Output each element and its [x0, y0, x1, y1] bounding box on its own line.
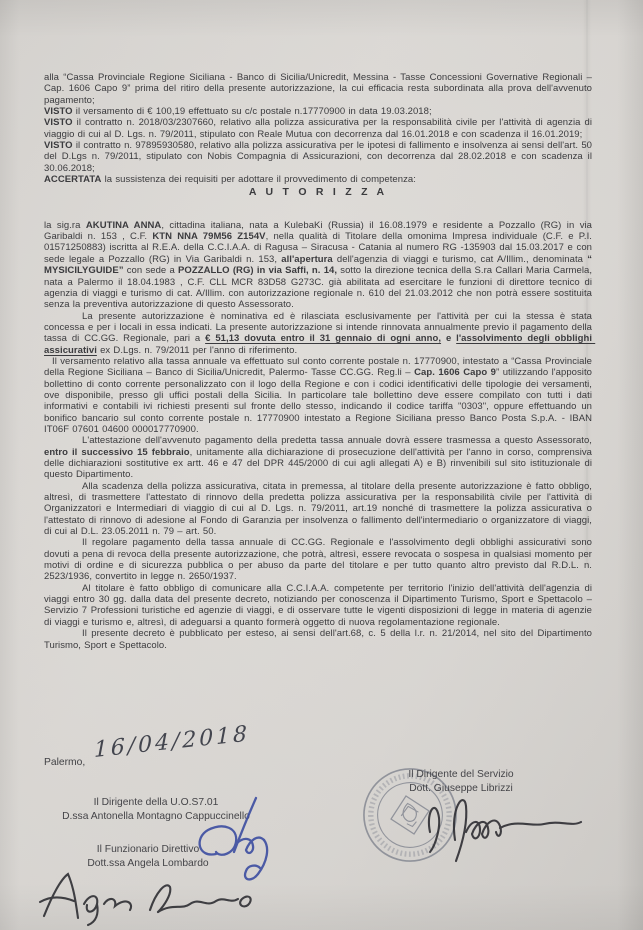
text-segment: POZZALLO (RG) in via Saffi, n. 14,: [178, 265, 337, 276]
text-segment: il versamento di € 100,19 effettuato su …: [73, 106, 432, 117]
signer-role: Il Dirigente del Servizio: [377, 768, 545, 782]
grant-paragraph: la sig.ra AKUTINA ANNA, cittadina italia…: [44, 220, 592, 311]
text-segment: la sussistenza dei requisiti per adottar…: [101, 174, 415, 185]
text-segment: il contratto n. 97895930580, relativo al…: [44, 140, 595, 174]
visto-payment-paragraph: VISTO il versamento di € 100,19 effettua…: [44, 106, 592, 117]
visto-insolvency-policy-paragraph: VISTO il contratto n. 97895930580, relat…: [44, 140, 592, 174]
text-segment: AKUTINA ANNA: [86, 220, 161, 231]
text-segment: VISTO: [44, 106, 73, 117]
text-segment: A U T O R I Z Z A: [249, 186, 387, 198]
text-segment: e: [441, 333, 456, 344]
policy-renewal-paragraph: Alla scadenza della polizza assicurativa…: [44, 481, 592, 538]
text-segment: ACCERTATA: [44, 174, 101, 185]
revocation-paragraph: Il regolare pagamento della tassa annual…: [44, 537, 592, 582]
continuation-paragraph: alla “Cassa Provinciale Regione Sicilian…: [44, 72, 592, 106]
text-segment: la sig.ra: [44, 220, 86, 231]
cciaa-notice-paragraph: Al titolare è fatto obbligo di comunicar…: [44, 583, 592, 628]
lombardo-signature-icon: [38, 866, 258, 928]
text-segment: Al titolare è fatto obbligo di comunicar…: [44, 583, 595, 628]
visto-rc-policy-paragraph: VISTO il contratto n. 2018/03/2307660, r…: [44, 117, 592, 140]
text-segment: con sede a: [124, 265, 179, 276]
text-segment: Il presente decreto è pubblicato per est…: [44, 628, 595, 650]
handwritten-date: 16/04/2018: [94, 721, 250, 763]
text-segment: L'attestazione dell'avvenuto pagamento d…: [82, 435, 595, 446]
text-segment: Il regolare pagamento della tassa annual…: [44, 537, 595, 582]
text-segment: all'apertura: [281, 254, 332, 265]
document-body: alla “Cassa Provinciale Regione Sicilian…: [44, 72, 592, 651]
text-segment: KTN NNA 79M56 Z154V: [152, 231, 265, 242]
renewal-paragraph: La presente autorizzazione è nominativa …: [44, 311, 592, 356]
place-label: Palermo,: [44, 757, 85, 768]
text-segment: ex D.Lgs. n. 79/2011 per l'anno di rifer…: [97, 345, 297, 356]
text-segment: € 51,13 dovuta entro il 31 gennaio di og…: [205, 333, 441, 344]
librizzi-signature-icon: [420, 786, 588, 864]
text-segment: alla “Cassa Provinciale Regione Sicilian…: [44, 72, 595, 106]
text-segment: dell'agenzia di viaggi e turismo, cat A/…: [333, 254, 587, 265]
text-segment: entro il successivo 15 febbraio: [44, 447, 190, 458]
text-segment: il contratto n. 2018/03/2307660, relativ…: [44, 117, 595, 139]
accertata-paragraph: ACCERTATA la sussistenza dei requisiti p…: [44, 174, 592, 185]
scanned-document-page: alla “Cassa Provinciale Regione Sicilian…: [0, 0, 643, 930]
text-segment: Cap. 1606 Capo 9: [414, 367, 496, 378]
publication-paragraph: Il presente decreto è pubblicato per est…: [44, 628, 592, 651]
attestation-paragraph: L'attestazione dell'avvenuto pagamento d…: [44, 435, 592, 480]
payment-method-paragraph: Il versamento relativo alla tassa annual…: [44, 356, 592, 435]
text-segment: VISTO: [44, 140, 73, 151]
text-segment: VISTO: [44, 117, 73, 128]
text-segment: Alla scadenza della polizza assicurativa…: [44, 481, 595, 537]
authorization-heading: A U T O R I Z Z A: [44, 187, 592, 198]
